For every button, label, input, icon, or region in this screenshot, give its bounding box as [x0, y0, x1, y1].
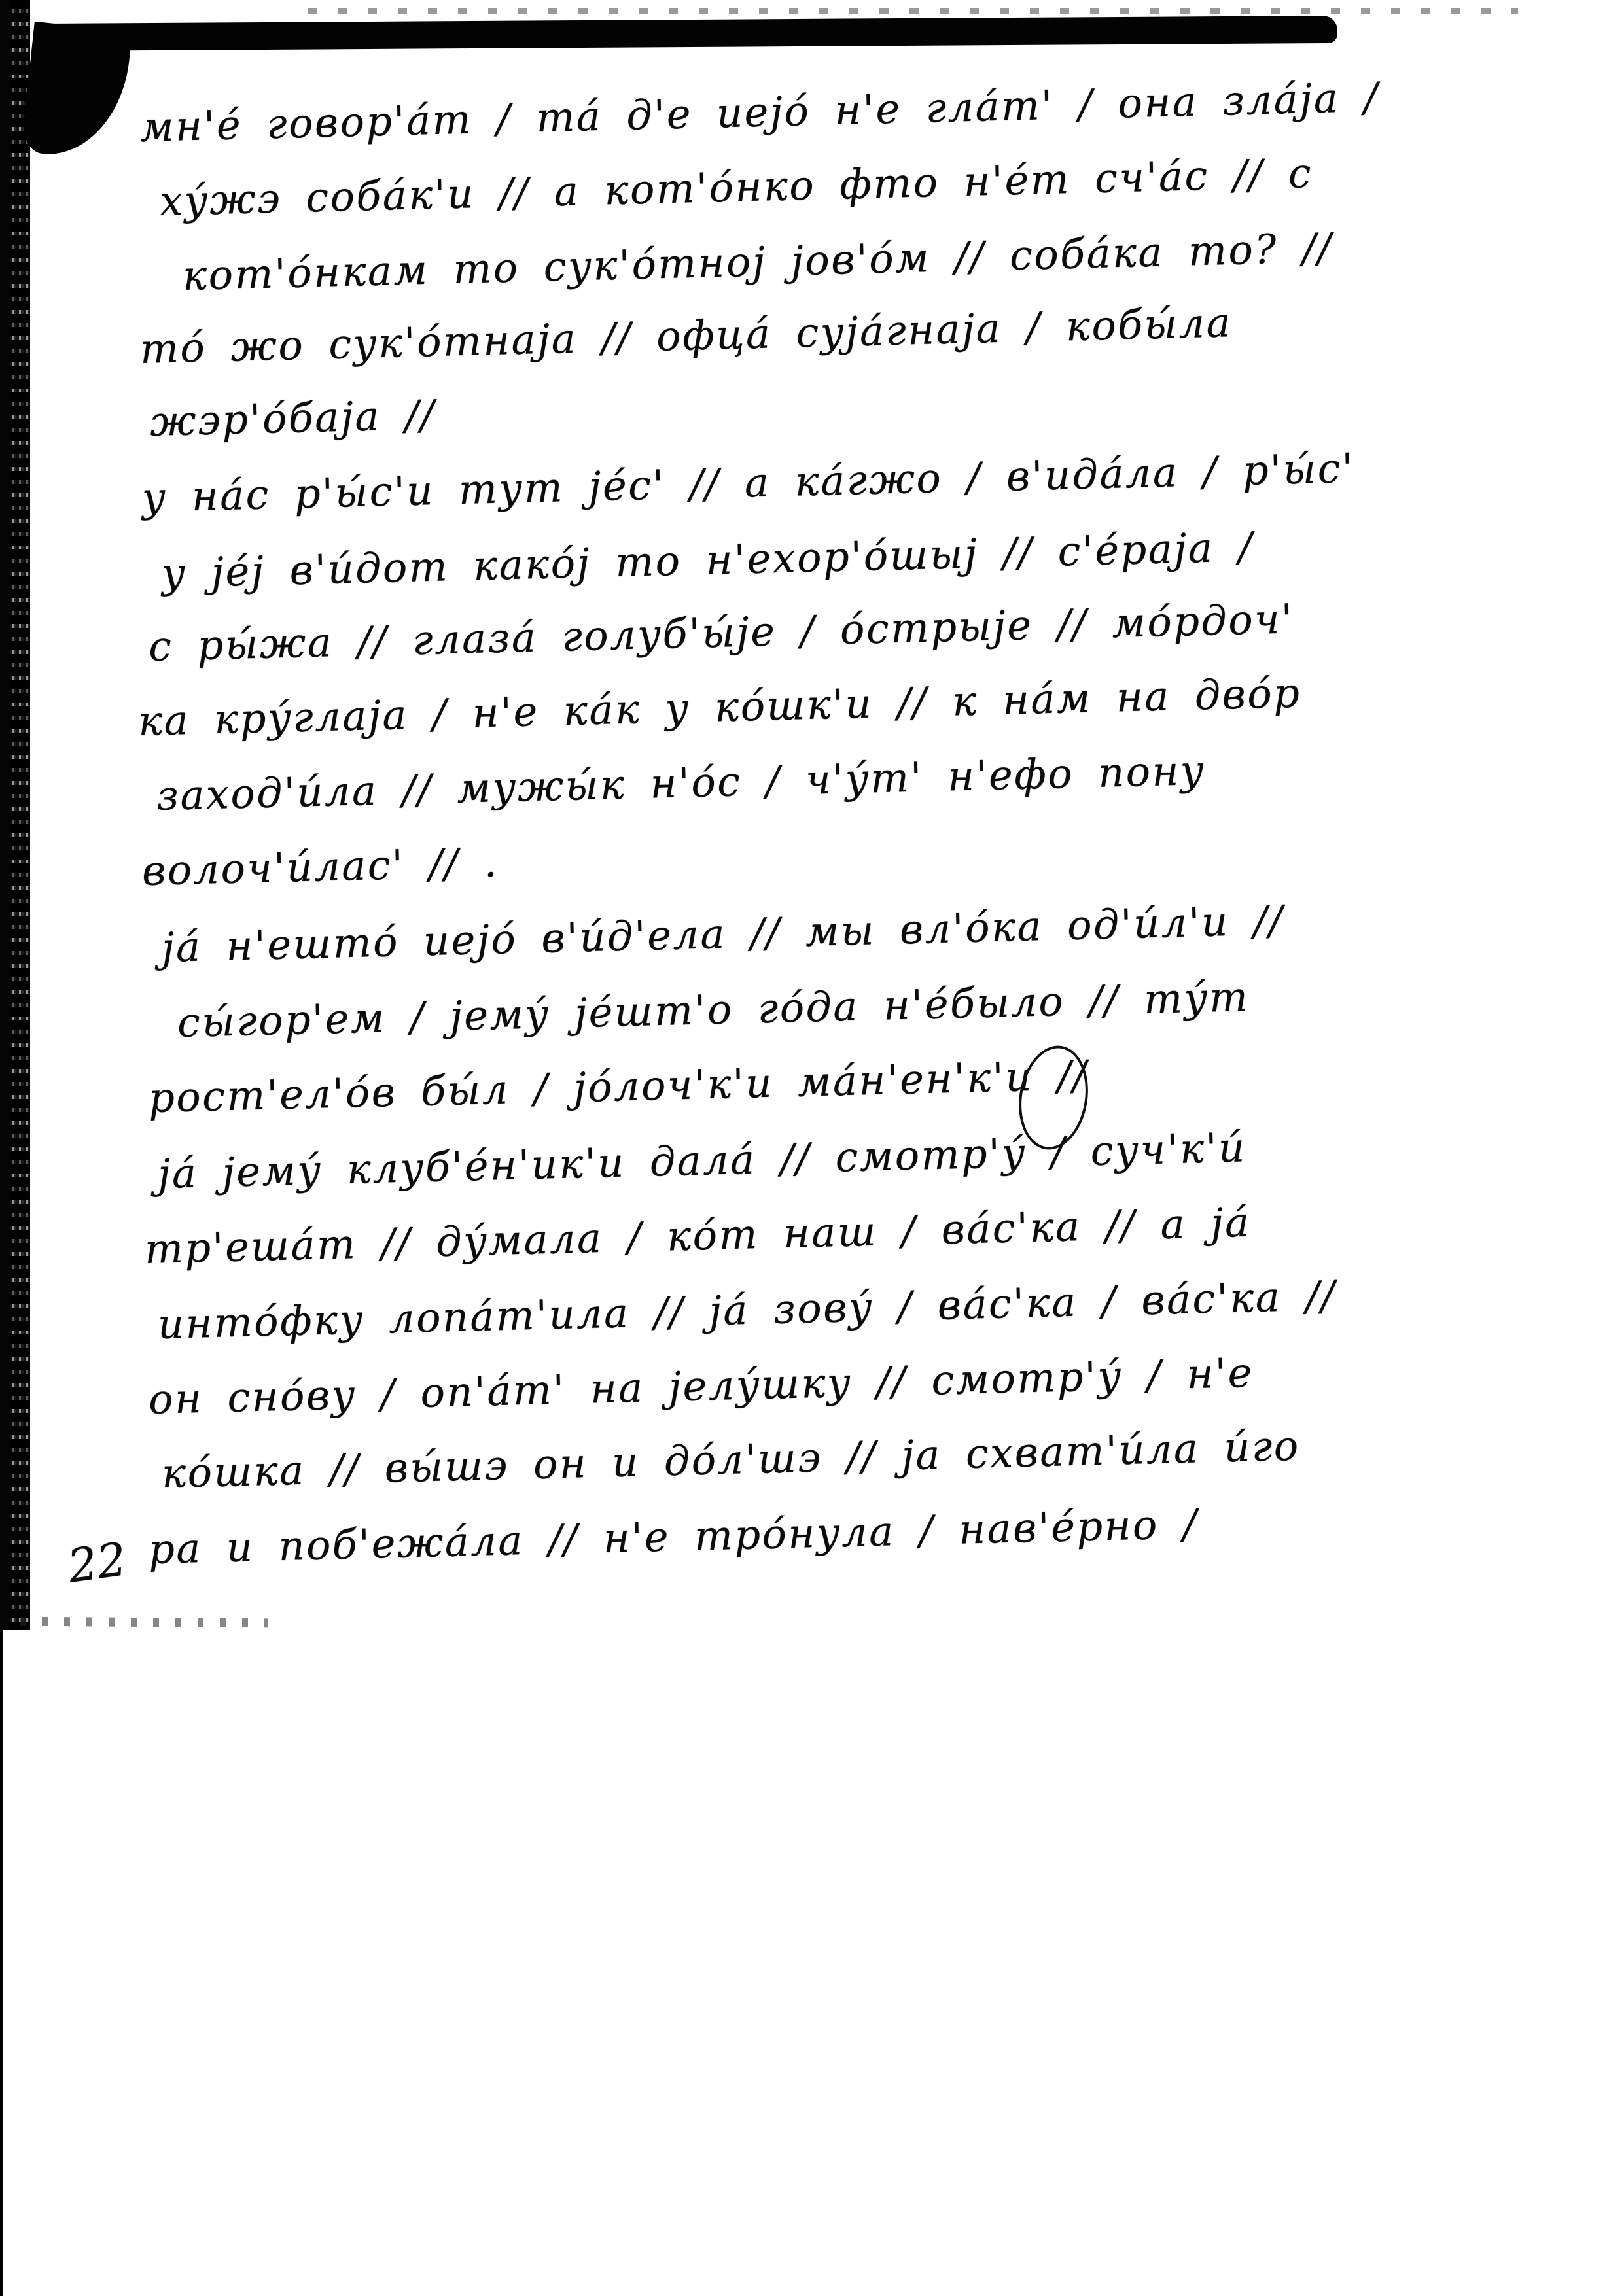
handwritten-line: волоч'и́лас' // .: [141, 839, 499, 895]
handwritten-line: jа́ н'ешто́ иеjо́ в'и́д'ела // мы вл'о́к…: [161, 896, 1284, 971]
handwritten-line: у jе́j в'и́дот како́j то н'ехор'о́шыj //…: [161, 523, 1254, 597]
handwritten-line: jа́ jему́ клуб'е́н'ик'и дала́ // смотр'у…: [157, 1123, 1246, 1198]
handwritten-line: с ры́жа // глаза́ голуб'ы́jе / о́стрыjе …: [148, 595, 1294, 670]
handwritten-line: сы́гор'ем / jему́ jе́шт'о го́да н'е́было…: [177, 973, 1250, 1047]
binding-texture: [9, 0, 30, 1630]
handwritten-line: мн'е́ говор'а́т / та́ д'е иеjо́ н'е гла́…: [139, 73, 1379, 151]
handwritten-line: заход'и́ла // мужы́к н'о́с / ч'у́т' н'еф…: [156, 746, 1206, 820]
handwritten-line: он сно́ву / оп'а́т' на jелу́шку // смотр…: [148, 1349, 1254, 1423]
handwritten-line: жэр'о́баjа //: [149, 391, 436, 445]
top-scan-border-corner: [21, 22, 132, 162]
manuscript-page: мн'е́ говор'а́т / та́ д'е иеjо́ н'е гла́…: [0, 0, 1607, 2296]
page-number: 22: [65, 1532, 130, 1593]
top-scan-speckles: [308, 8, 1518, 14]
handwritten-line: ху́жэ соба́к'и // а кот'о́нко фто н'е́т …: [159, 149, 1313, 225]
handwritten-line: тр'еша́т // ду́мала / ко́т наш / ва́с'ка…: [144, 1198, 1251, 1273]
top-scan-border: [41, 16, 1337, 51]
handwritten-line: то́ жо сук'о́тнаjа // офца́ суjа́гнаjа /…: [139, 298, 1233, 373]
handwritten-line: у на́с р'ы́с'и тут jе́с' // а ка́гжо / в…: [141, 444, 1355, 521]
handwritten-line: рост'ел'о́в бы́л / jо́лоч'к'и ма́н'ен'к'…: [148, 1051, 1088, 1122]
handwritten-line: ка кру́глаjа / н'е ка́к у ко́шк'и // к н…: [137, 669, 1301, 745]
handwritten-line: ко́шка // вы́шэ он и до́л'шэ // jа схват…: [161, 1422, 1300, 1497]
handwritten-line: инто́фку лопа́т'ила // jа́ зову́ / ва́с'…: [157, 1272, 1337, 1348]
handwritten-line: ра и поб'ежа́ла // н'е тро́нула / нав'е́…: [148, 1500, 1199, 1573]
binding-smudge: [20, 1617, 268, 1628]
handwritten-line: кот'о́нкам то сук'о́тноj jов'о́м // соба…: [182, 224, 1333, 300]
